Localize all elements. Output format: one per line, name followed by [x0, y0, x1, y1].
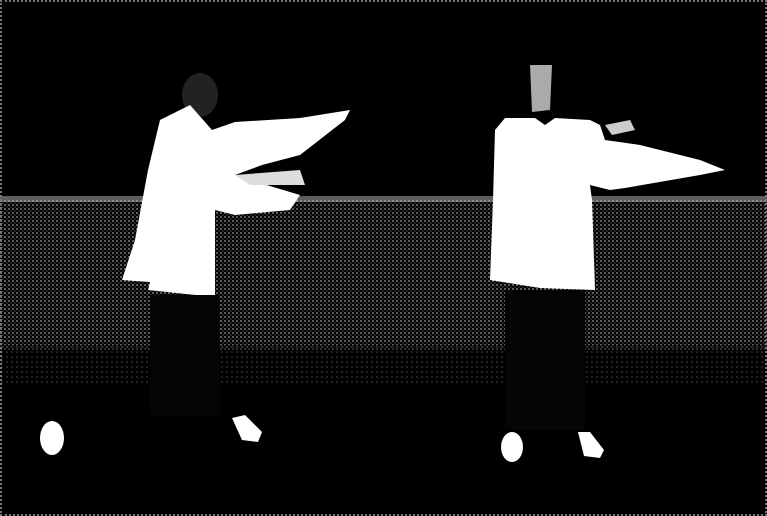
wall-texture — [0, 196, 767, 385]
left-person-shoe-back — [40, 421, 64, 455]
right-person-shoe-back — [501, 432, 523, 462]
scene — [0, 0, 767, 516]
photograph — [0, 0, 767, 516]
